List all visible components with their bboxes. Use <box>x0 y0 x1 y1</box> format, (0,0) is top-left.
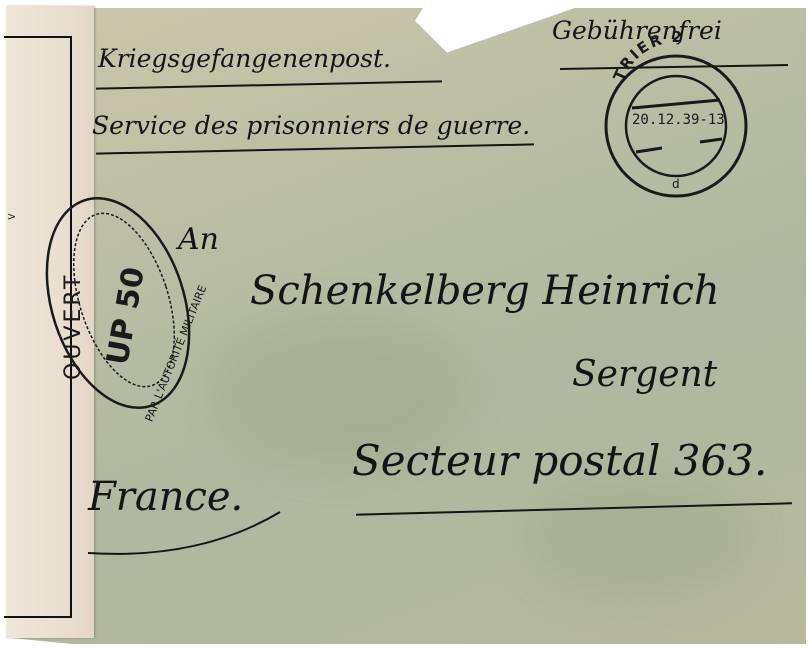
country-underline <box>0 0 810 650</box>
